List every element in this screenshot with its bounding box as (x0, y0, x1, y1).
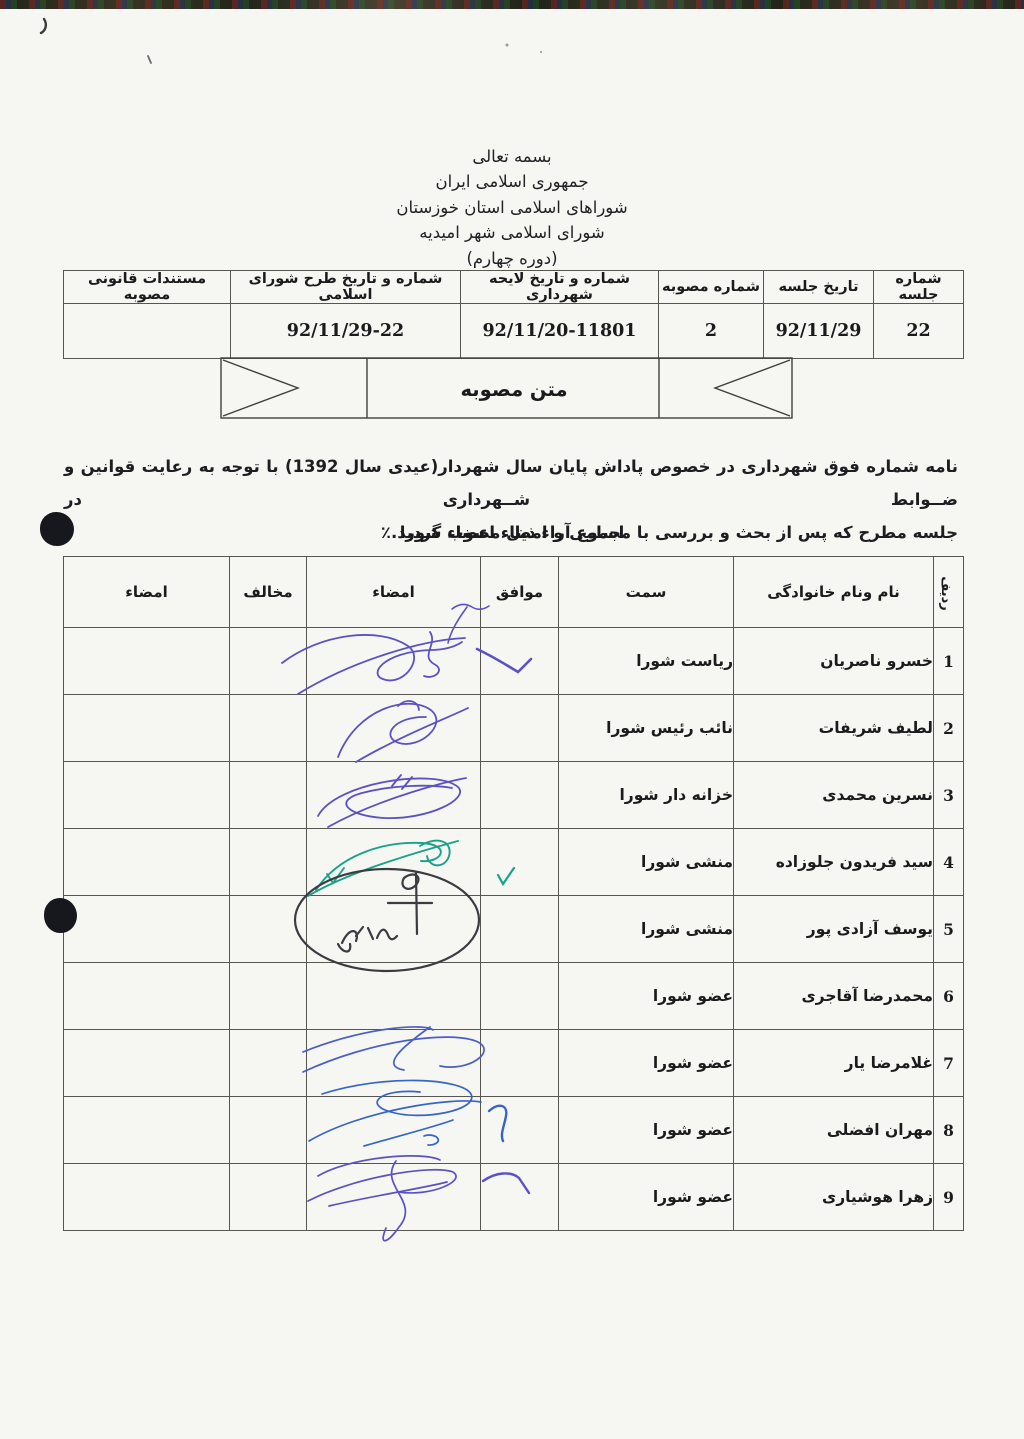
member-5-signature (307, 896, 481, 963)
member-4-signature (307, 829, 481, 896)
member-row: 4 سید فریدون جلوزاده منشی شورا (64, 829, 964, 896)
member-4-name: سید فریدون جلوزاده (734, 829, 934, 896)
letterhead: بسمه تعالی جمهوری اسلامی ایران شوراهای ا… (0, 144, 1024, 271)
member-4-no: 4 (934, 829, 964, 896)
scan-dot (506, 44, 509, 47)
member-2-signature (307, 695, 481, 762)
member-row: 9 زهرا هوشیاری عضو شورا (64, 1164, 964, 1231)
member-6-signature-2 (64, 963, 230, 1030)
members-col-name: نام ونام خانوادگی (734, 557, 934, 628)
member-2-opposed (230, 695, 307, 762)
member-9-signature (307, 1164, 481, 1231)
member-4-signature-2 (64, 829, 230, 896)
member-8-signature-2 (64, 1097, 230, 1164)
members-col-position: سمت (559, 557, 734, 628)
member-6-no: 6 (934, 963, 964, 1030)
letterhead-bismillah: بسمه تعالی (0, 144, 1024, 169)
member-5-no: 5 (934, 896, 964, 963)
scan-artifact-band (0, 0, 1024, 9)
member-3-position: خزانه دار شورا (559, 762, 734, 829)
member-3-signature-2 (64, 762, 230, 829)
resolution-line-1: نامه شماره فوق شهرداری در خصوص پاداش پای… (64, 450, 958, 516)
member-8-name: مهران افضلی (734, 1097, 934, 1164)
member-1-position: ریاست شورا (559, 628, 734, 695)
member-2-no: 2 (934, 695, 964, 762)
member-7-agree (481, 1030, 559, 1097)
members-col-signature-2: امضاء (64, 557, 230, 628)
meta-col-session-no: شماره جلسه (874, 271, 964, 304)
member-8-signature (307, 1097, 481, 1164)
members-col-signature: امضاء (307, 557, 481, 628)
member-6-position: عضو شورا (559, 963, 734, 1030)
member-7-position: عضو شورا (559, 1030, 734, 1097)
member-5-agree (481, 896, 559, 963)
letterhead-republic: جمهوری اسلامی ایران (0, 169, 1024, 194)
meta-values-row: 22 92/11/29 2 92/11/20-11801 92/11/29-22 (64, 304, 964, 359)
member-row: 8 مهران افضلی عضو شورا (64, 1097, 964, 1164)
member-1-name: خسرو ناصریان (734, 628, 934, 695)
member-9-position: عضو شورا (559, 1164, 734, 1231)
meta-col-session-date: تاریخ جلسه (764, 271, 874, 304)
member-1-opposed (230, 628, 307, 695)
member-7-signature-2 (64, 1030, 230, 1097)
meta-table: شماره جلسه تاریخ جلسه شماره مصوبه شماره … (63, 270, 964, 359)
member-4-opposed (230, 829, 307, 896)
member-6-agree (481, 963, 559, 1030)
members-table: ردیف نام ونام خانوادگی سمت موافق امضاء م… (63, 556, 964, 1231)
member-3-name: نسرین محمدی (734, 762, 934, 829)
member-3-agree (481, 762, 559, 829)
hole-punch-mark (44, 898, 77, 933)
meta-session-no-value: 22 (874, 304, 964, 359)
hole-punch-mark (40, 512, 74, 546)
member-row: 1 خسرو ناصریان ریاست شورا (64, 628, 964, 695)
member-5-signature-2 (64, 896, 230, 963)
member-row: 5 یوسف آزادی پور منشی شورا (64, 896, 964, 963)
member-1-no: 1 (934, 628, 964, 695)
members-section-title: اسامی و امضاء اعضاء شورا (0, 523, 1024, 542)
meta-col-plan: شماره و تاریخ طرح شورای اسلامی (231, 271, 461, 304)
member-4-agree (481, 829, 559, 896)
member-row: 6 محمدرضا آقاجری عضو شورا (64, 963, 964, 1030)
ribbon-right-notch (715, 360, 790, 416)
member-7-name: غلامرضا یار (734, 1030, 934, 1097)
member-6-signature (307, 963, 481, 1030)
meta-session-date-value: 92/11/29 (764, 304, 874, 359)
member-7-signature (307, 1030, 481, 1097)
member-5-position: منشی شورا (559, 896, 734, 963)
member-3-signature (307, 762, 481, 829)
member-2-signature-2 (64, 695, 230, 762)
ribbon-left-notch (223, 360, 298, 416)
member-8-no: 8 (934, 1097, 964, 1164)
banner-title: متن مصوبه (368, 367, 660, 411)
scan-speck-marks (41, 19, 151, 63)
meta-col-resolution-no: شماره مصوبه (659, 271, 764, 304)
member-row: 3 نسرین محمدی خزانه دار شورا (64, 762, 964, 829)
member-9-signature-2 (64, 1164, 230, 1231)
member-9-agree (481, 1164, 559, 1231)
meta-header-row: شماره جلسه تاریخ جلسه شماره مصوبه شماره … (64, 271, 964, 304)
meta-plan-value: 92/11/29-22 (231, 304, 461, 359)
member-9-opposed (230, 1164, 307, 1231)
meta-legal-docs-value (64, 304, 231, 359)
member-1-signature (307, 628, 481, 695)
member-5-opposed (230, 896, 307, 963)
members-col-agree: موافق (481, 557, 559, 628)
letterhead-city-council: شورای اسلامی شهر امیدیه (0, 220, 1024, 245)
members-header-row: ردیف نام ونام خانوادگی سمت موافق امضاء م… (64, 557, 964, 628)
member-2-name: لطیف شریفات (734, 695, 934, 762)
letterhead-term: (دوره چهارم) (0, 246, 1024, 271)
member-1-signature-2 (64, 628, 230, 695)
meta-resolution-no-value: 2 (659, 304, 764, 359)
member-3-no: 3 (934, 762, 964, 829)
member-2-agree (481, 695, 559, 762)
member-2-position: نائب رئیس شورا (559, 695, 734, 762)
member-6-opposed (230, 963, 307, 1030)
meta-col-legal-docs: مستندات قانونی مصوبه (64, 271, 231, 304)
member-8-opposed (230, 1097, 307, 1164)
member-8-agree (481, 1097, 559, 1164)
member-6-name: محمدرضا آقاجری (734, 963, 934, 1030)
member-7-opposed (230, 1030, 307, 1097)
member-7-no: 7 (934, 1030, 964, 1097)
member-9-name: زهرا هوشیاری (734, 1164, 934, 1231)
member-5-name: یوسف آزادی پور (734, 896, 934, 963)
member-4-position: منشی شورا (559, 829, 734, 896)
meta-bill-value: 92/11/20-11801 (461, 304, 659, 359)
member-9-no: 9 (934, 1164, 964, 1231)
scanned-resolution-document: بسمه تعالی جمهوری اسلامی ایران شوراهای ا… (0, 0, 1024, 1439)
members-col-opposed: مخالف (230, 557, 307, 628)
letterhead-province-councils: شوراهای اسلامی استان خوزستان (0, 195, 1024, 220)
member-3-opposed (230, 762, 307, 829)
meta-col-bill: شماره و تاریخ لایحه شهرداری (461, 271, 659, 304)
member-8-position: عضو شورا (559, 1097, 734, 1164)
scan-dot (540, 51, 542, 53)
member-1-agree (481, 628, 559, 695)
member-row: 2 لطیف شریفات نائب رئیس شورا (64, 695, 964, 762)
member-row: 7 غلامرضا یار عضو شورا (64, 1030, 964, 1097)
members-col-row-no: ردیف (934, 557, 964, 628)
